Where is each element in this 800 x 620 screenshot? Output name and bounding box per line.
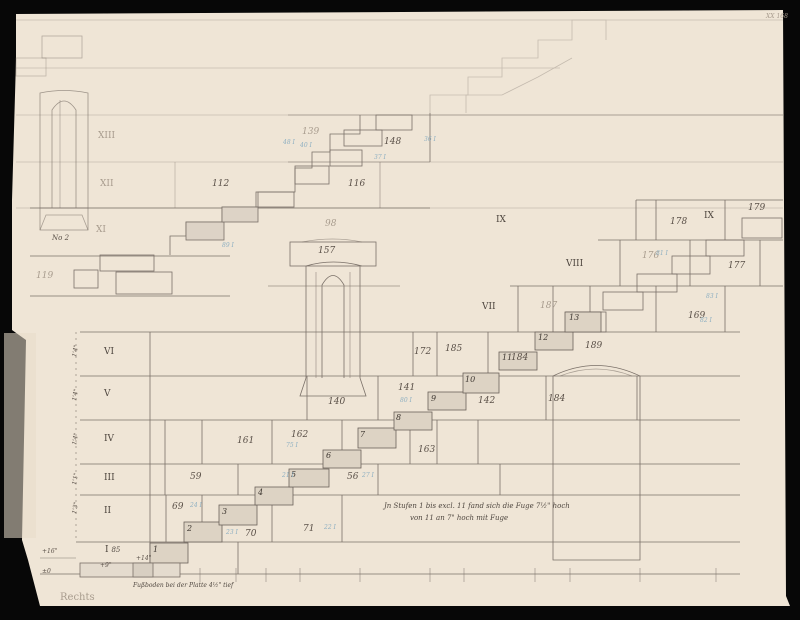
stone-142: 142 <box>478 397 495 406</box>
stone-185: 185 <box>445 345 462 354</box>
level-mark-plus9: +9" <box>100 563 112 569</box>
step-8: 8 <box>396 414 401 422</box>
step-12: 12 <box>538 334 548 342</box>
stone-177: 177 <box>728 262 745 271</box>
stone-172: 172 <box>414 348 431 357</box>
step-7: 7 <box>360 431 365 439</box>
stone-162: 162 <box>291 431 308 440</box>
blue-note-81I: 81 I <box>656 251 668 257</box>
blue-note-36I: 36 I <box>424 137 436 143</box>
stone-148: 148 <box>384 138 401 147</box>
blue-note-75I: 75 I <box>286 443 298 449</box>
blue-note-80I: 80 I <box>400 398 412 404</box>
stair-note-line-1: Jn Stufen 1 bis excl. 11 fand sich die F… <box>384 502 570 511</box>
stone-119: 119 <box>36 272 53 281</box>
course-label-II: II <box>104 507 111 516</box>
stone-139: 139 <box>302 128 319 137</box>
course-label-VI: VI <box>104 348 114 357</box>
course-label-XI: XI <box>96 226 106 235</box>
stone-161: 161 <box>237 437 254 446</box>
stone-184: 184 <box>511 354 528 363</box>
level-mark-plus14: +14" <box>136 556 151 562</box>
step-10: 10 <box>465 376 475 384</box>
level-mark-zero: ±0 <box>42 569 51 575</box>
course-label-I: I 85 <box>105 546 120 555</box>
step-3: 3 <box>222 508 227 516</box>
blue-note-23I: 23 I <box>226 530 238 536</box>
blue-note-83I: 83 I <box>706 294 718 300</box>
stone-184-upper: 184 <box>548 395 565 404</box>
side-label: Rechts <box>60 593 95 603</box>
step-2: 2 <box>187 525 192 533</box>
stone-157: 157 <box>318 247 335 256</box>
architectural-drawing-sheet <box>0 0 800 620</box>
floor-note: Fußboden bei der Platte 4½" tief <box>133 582 233 590</box>
course-label-IV: IV <box>104 435 114 444</box>
stone-69: 69 <box>172 503 183 512</box>
stone-98: 98 <box>325 220 336 229</box>
blue-note-24I: 24 I <box>190 503 202 509</box>
stone-116: 116 <box>348 180 365 189</box>
stone-59: 59 <box>190 473 201 482</box>
step-6: 6 <box>326 452 331 460</box>
stone-189: 189 <box>585 342 602 351</box>
step-4: 4 <box>258 489 263 497</box>
blue-note-40I: 40 I <box>300 143 312 149</box>
blue-note-89I: 89 I <box>222 243 234 249</box>
stone-112: 112 <box>212 180 229 189</box>
blue-note-82I: 82 I <box>700 318 712 324</box>
stair-note-line-2: von 11 an 7" hoch mit Fuge <box>410 514 508 523</box>
step-1: 1 <box>153 546 158 554</box>
level-mark-plus16: +16" <box>42 549 57 555</box>
course-label-IX-right: IX <box>704 212 714 221</box>
step-9: 9 <box>431 395 436 403</box>
paper-sheet <box>12 10 790 606</box>
window-left-label: No 2 <box>52 235 69 242</box>
course-label-V: V <box>104 390 111 399</box>
stone-70: 70 <box>245 530 256 539</box>
stone-71: 71 <box>303 525 314 534</box>
step-13: 13 <box>569 314 579 322</box>
stone-56: 56 <box>347 473 358 482</box>
blue-note-27I: 27 I <box>362 473 374 479</box>
stone-179: 179 <box>748 204 765 213</box>
stone-141: 141 <box>398 384 415 393</box>
stone-187: 187 <box>540 302 557 311</box>
course-label-VII: VII <box>482 303 496 312</box>
course-label-XIII: XIII <box>98 132 115 141</box>
stone-163: 163 <box>418 446 435 455</box>
course-label-III: III <box>104 474 115 483</box>
stone-178: 178 <box>670 218 687 227</box>
blue-note-37I: 37 I <box>374 155 386 161</box>
course-label-XII: XII <box>100 180 114 189</box>
course-label-VIII: VIII <box>566 260 583 269</box>
course-label-IX: IX <box>496 216 506 225</box>
blue-note-48I: 48 I <box>283 140 295 146</box>
stone-140: 140 <box>328 398 345 407</box>
catalog-mark: XX 168 <box>766 14 788 20</box>
blue-note-21I: 21 I <box>282 473 294 479</box>
tape-strip <box>4 333 36 538</box>
blue-note-22I: 22 I <box>324 525 336 531</box>
